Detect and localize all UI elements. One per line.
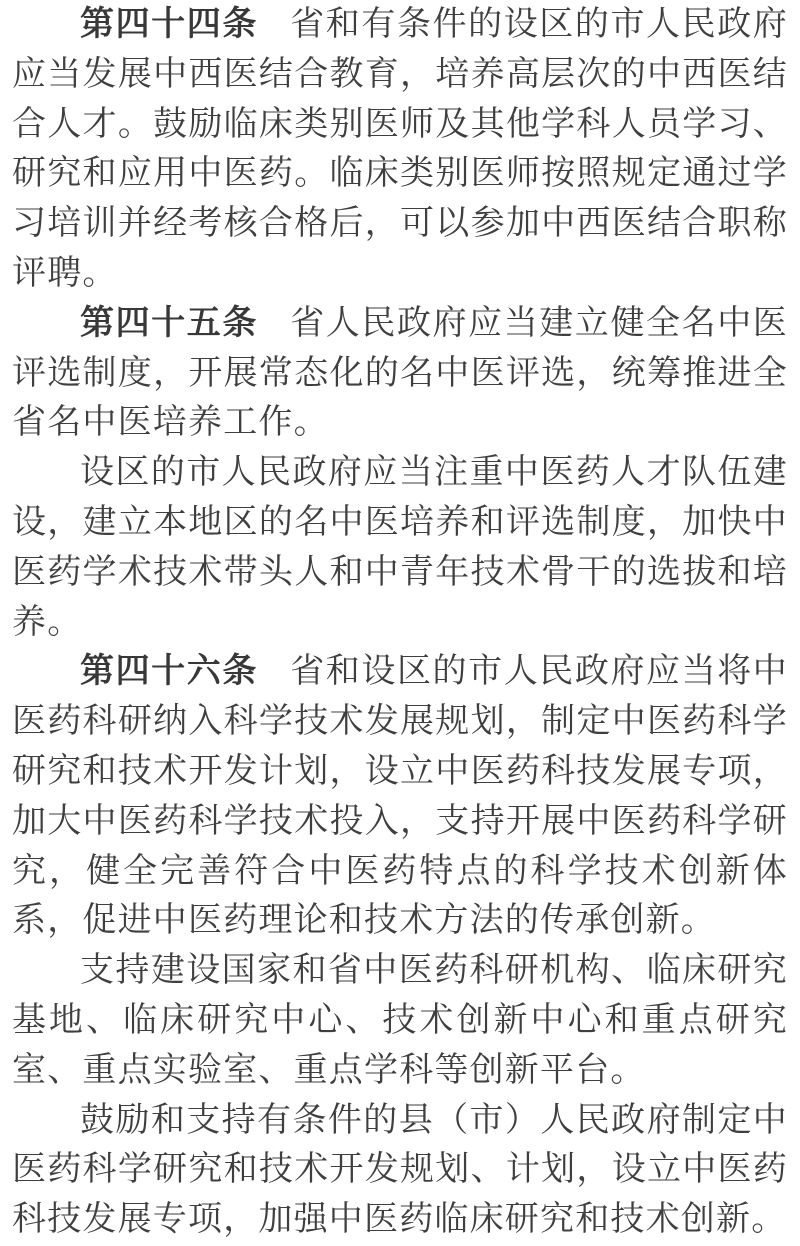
paragraph-article-45: 第四十五条省人民政府应当建立健全名中医评选制度，开展常态化的名中医评选，统筹推进… bbox=[12, 299, 788, 448]
paragraph-article-46-clause-2: 支持建设国家和省中医药科研机构、临床研究基地、临床研究中心、技术创新中心和重点研… bbox=[12, 946, 788, 1095]
article-45-number: 第四十五条 bbox=[80, 304, 258, 342]
article-44-number: 第四十四条 bbox=[80, 5, 258, 43]
article-46-clause-2-text: 支持建设国家和省中医药科研机构、临床研究基地、临床研究中心、技术创新中心和重点研… bbox=[12, 951, 788, 1089]
article-44-text: 省和有条件的设区的市人民政府应当发展中西医结合教育，培养高层次的中西医结合人才。… bbox=[12, 5, 788, 292]
article-46-number: 第四十六条 bbox=[80, 652, 258, 690]
paragraph-article-46-clause-3: 鼓励和支持有条件的县（市）人民政府制定中医药科学研究和技术开发规划、计划，设立中… bbox=[12, 1096, 788, 1245]
article-46-clause-3-text: 鼓励和支持有条件的县（市）人民政府制定中医药科学研究和技术开发规划、计划，设立中… bbox=[12, 1101, 788, 1239]
paragraph-article-45-clause-2: 设区的市人民政府应当注重中医药人才队伍建设，建立本地区的名中医培养和评选制度，加… bbox=[12, 448, 788, 647]
paragraph-article-46: 第四十六条省和设区的市人民政府应当将中医药科研纳入科学技术发展规划，制定中医药科… bbox=[12, 647, 788, 946]
article-46-text: 省和设区的市人民政府应当将中医药科研纳入科学技术发展规划，制定中医药科学研究和技… bbox=[12, 652, 788, 939]
document-page: 第四十四条省和有条件的设区的市人民政府应当发展中西医结合教育，培养高层次的中西医… bbox=[0, 0, 800, 1245]
paragraph-article-44: 第四十四条省和有条件的设区的市人民政府应当发展中西医结合教育，培养高层次的中西医… bbox=[12, 0, 788, 299]
article-45-clause-2-text: 设区的市人民政府应当注重中医药人才队伍建设，建立本地区的名中医培养和评选制度，加… bbox=[12, 453, 788, 640]
